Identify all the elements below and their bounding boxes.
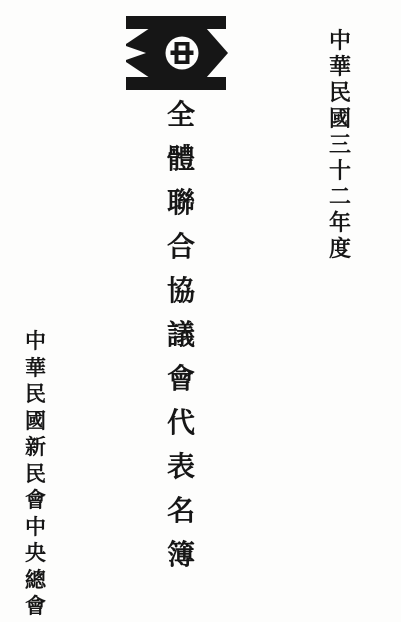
glyph: 總 bbox=[25, 569, 46, 590]
publisher-vertical: 中華民國新民會中央總會 bbox=[25, 330, 46, 616]
glyph: 名 bbox=[167, 497, 195, 525]
glyph: 新 bbox=[25, 436, 46, 457]
glyph: 央 bbox=[25, 542, 46, 563]
glyph: 會 bbox=[25, 595, 46, 616]
glyph: 民 bbox=[25, 463, 46, 484]
glyph: 會 bbox=[167, 365, 195, 393]
glyph: 國 bbox=[329, 108, 351, 130]
glyph: 十 bbox=[329, 160, 351, 182]
glyph: 表 bbox=[167, 453, 195, 481]
glyph: 中 bbox=[25, 516, 46, 537]
xinminhui-emblem-icon: 新民會徽章 bbox=[124, 16, 228, 90]
glyph: 代 bbox=[167, 409, 195, 437]
glyph: 華 bbox=[25, 357, 46, 378]
glyph: 度 bbox=[329, 238, 351, 260]
book-title-vertical: 全體聯合協議會代表名簿 bbox=[167, 101, 195, 569]
glyph: 聯 bbox=[167, 189, 195, 217]
glyph: 合 bbox=[167, 233, 195, 261]
glyph: 議 bbox=[167, 321, 195, 349]
glyph: 會 bbox=[25, 489, 46, 510]
glyph: 民 bbox=[25, 383, 46, 404]
emblem-top-bar bbox=[126, 16, 226, 29]
glyph: 簿 bbox=[167, 541, 195, 569]
glyph: 國 bbox=[25, 410, 46, 431]
book-cover-page: 新民會徽章 全體聯合協議會代表名簿 中華民國三十二年度 中華民國新民會中央總會 bbox=[0, 0, 401, 622]
glyph: 二 bbox=[329, 186, 351, 208]
glyph: 年 bbox=[329, 212, 351, 234]
glyph: 中 bbox=[329, 30, 351, 52]
glyph: 三 bbox=[329, 134, 351, 156]
glyph: 協 bbox=[167, 277, 195, 305]
glyph: 中 bbox=[25, 330, 46, 351]
glyph: 體 bbox=[167, 145, 195, 173]
glyph: 民 bbox=[329, 82, 351, 104]
fiscal-year-vertical: 中華民國三十二年度 bbox=[329, 30, 351, 260]
emblem-bottom-bar bbox=[126, 77, 226, 90]
glyph: 全 bbox=[167, 101, 195, 129]
glyph: 華 bbox=[329, 56, 351, 78]
